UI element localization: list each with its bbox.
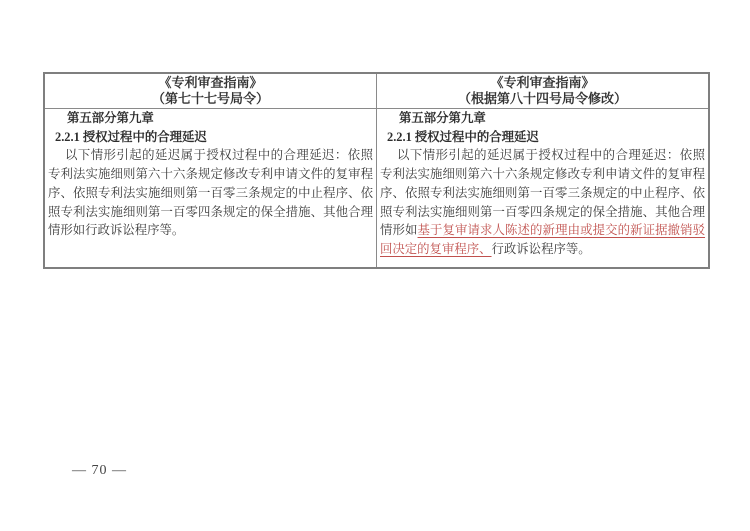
revised-paragraph-suffix: 行政诉讼程序等。 <box>492 242 591 256</box>
original-doc-title: 《专利审查指南》 <box>49 75 372 91</box>
comparison-table-header: 《专利审查指南》 （第七十七号局令） 《专利审查指南》 （根据第八十四号局令修改… <box>44 73 709 109</box>
revised-subsection-heading: 2.2.1 授权过程中的合理延迟 <box>380 128 705 147</box>
header-cell-revised: 《专利审查指南》 （根据第八十四号局令修改） <box>377 73 710 109</box>
revised-section-heading: 第五部分第九章 <box>380 109 705 128</box>
comparison-table-body: 第五部分第九章 2.2.1 授权过程中的合理延迟 以下情形引起的延迟属于授权过程… <box>44 109 709 268</box>
cell-revised-text: 第五部分第九章 2.2.1 授权过程中的合理延迟 以下情形引起的延迟属于授权过程… <box>377 109 710 268</box>
content-row: 第五部分第九章 2.2.1 授权过程中的合理延迟 以下情形引起的延迟属于授权过程… <box>44 109 709 268</box>
revised-paragraph: 以下情形引起的延迟属于授权过程中的合理延迟：依照专利法实施细则第六十六条规定修改… <box>380 146 705 258</box>
revised-doc-order: （根据第八十四号局令修改） <box>381 91 704 107</box>
revised-doc-title: 《专利审查指南》 <box>381 75 704 91</box>
header-row: 《专利审查指南》 （第七十七号局令） 《专利审查指南》 （根据第八十四号局令修改… <box>44 73 709 109</box>
original-paragraph-suffix: 行政诉讼程序等。 <box>85 223 184 237</box>
page-number: — 70 — <box>72 463 127 479</box>
comparison-table: 《专利审查指南》 （第七十七号局令） 《专利审查指南》 （根据第八十四号局令修改… <box>43 72 710 269</box>
original-paragraph: 以下情形引起的延迟属于授权过程中的合理延迟：依照专利法实施细则第六十六条规定修改… <box>48 146 373 240</box>
original-subsection-heading: 2.2.1 授权过程中的合理延迟 <box>48 128 373 147</box>
original-section-heading: 第五部分第九章 <box>48 109 373 128</box>
document-page: 《专利审查指南》 （第七十七号局令） 《专利审查指南》 （根据第八十四号局令修改… <box>0 0 750 531</box>
original-doc-order: （第七十七号局令） <box>49 91 372 107</box>
cell-original-text: 第五部分第九章 2.2.1 授权过程中的合理延迟 以下情形引起的延迟属于授权过程… <box>44 109 377 268</box>
header-cell-original: 《专利审查指南》 （第七十七号局令） <box>44 73 377 109</box>
